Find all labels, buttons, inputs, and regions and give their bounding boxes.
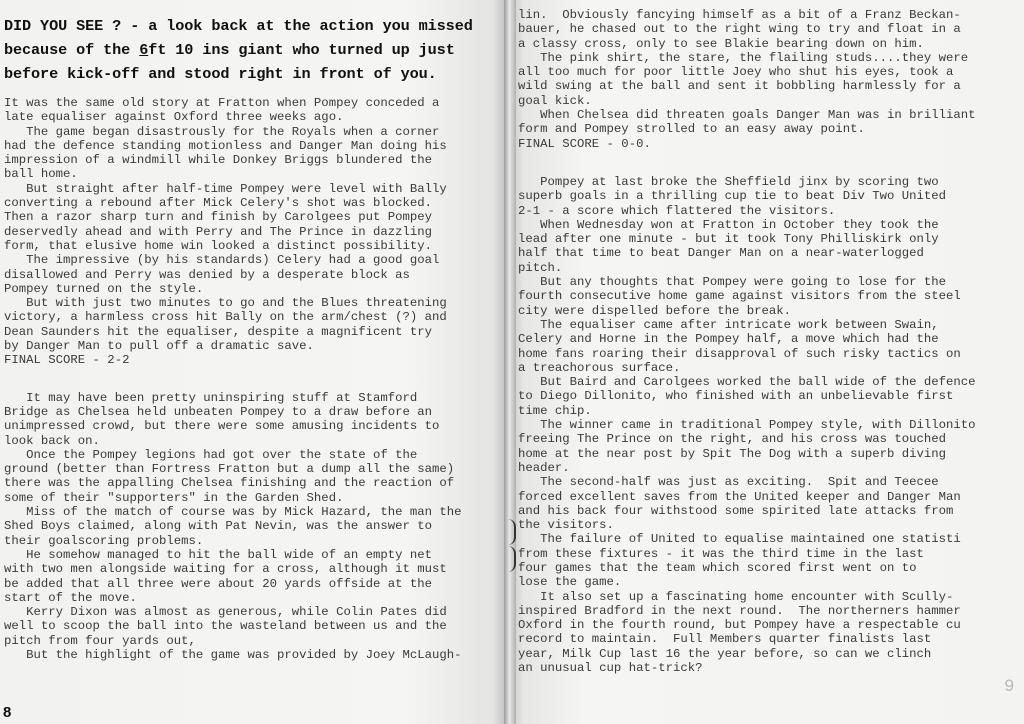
text-line: Oxford in the fourth round, but Pompey h…: [518, 618, 1024, 632]
text-line: their goalscoring problems.: [4, 534, 508, 548]
text-line: start of the move.: [4, 591, 508, 605]
headline-line: DID YOU SEE ? - a look back at the actio…: [4, 14, 508, 38]
text-line: and his back four withstood some spirite…: [518, 504, 1024, 518]
text-line: Miss of the match of course was by Mick …: [4, 505, 508, 519]
article-oxford: It was the same old story at Fratton whe…: [4, 96, 508, 368]
text-line: fourth consecutive home game against vis…: [518, 289, 1024, 303]
article-sheffield-united: Pompey at last broke the Sheffield jinx …: [518, 175, 1024, 675]
text-line: disallowed and Perry was denied by a des…: [4, 268, 508, 282]
left-page: DID YOU SEE ? - a look back at the actio…: [0, 0, 508, 724]
staple-icon: [508, 546, 516, 572]
text-line: Then a razor sharp turn and finish by Ca…: [4, 210, 508, 224]
text-line: the visitors.: [518, 518, 1024, 532]
text-line: pitch from four yards out,: [4, 634, 508, 648]
text-line: Celery and Horne in the Pompey half, a m…: [518, 332, 1024, 346]
text-line: bauer, he chased out to the right wing t…: [518, 22, 1024, 36]
text-line: unimpressed crowd, but there were some a…: [4, 419, 508, 433]
text-line: to Diego Dillonito, who finished with an…: [518, 389, 1024, 403]
text-line: victory, a harmless cross hit Bally on t…: [4, 310, 508, 324]
binding-spine: [504, 0, 516, 724]
text-line: But straight after half-time Pompey were…: [4, 182, 508, 196]
text-line: Bridge as Chelsea held unbeaten Pompey t…: [4, 405, 508, 419]
staple-icon: [508, 519, 516, 545]
text-line: four games that the team which scored fi…: [518, 561, 1024, 575]
text-line: header.: [518, 461, 1024, 475]
text-line: be added that all three were about 20 ya…: [4, 577, 508, 591]
text-line: ball home.: [4, 167, 508, 181]
text-line: inspired Bradford in the next round. The…: [518, 604, 1024, 618]
text-line: ground (better than Fortress Fratton but…: [4, 462, 508, 476]
text-line: look back on.: [4, 434, 508, 448]
text-line: lose the game.: [518, 575, 1024, 589]
text-line: Dean Saunders hit the equaliser, despite…: [4, 325, 508, 339]
text-line: Pompey turned on the style.: [4, 282, 508, 296]
text-line: lin. Obviously fancying himself as a bit…: [518, 8, 1024, 22]
article-chelsea-continued: lin. Obviously fancying himself as a bit…: [518, 8, 1024, 151]
text-line: FINAL SCORE - 2-2: [4, 353, 508, 367]
text-line: It also set up a fascinating home encoun…: [518, 590, 1024, 604]
text-line: half that time to beat Danger Man on a n…: [518, 246, 1024, 260]
text-line: with two men alongside waiting for a cro…: [4, 562, 508, 576]
headline-line: before kick-off and stood right in front…: [4, 62, 508, 86]
text-line: impression of a windmill while Donkey Br…: [4, 153, 508, 167]
text-line: all too much for poor little Joey who sh…: [518, 65, 1024, 79]
text-line: The failure of United to equalise mainta…: [518, 532, 1024, 546]
text-line: But Baird and Carolgees worked the ball …: [518, 375, 1024, 389]
text-line: a classy cross, only to see Blakie beari…: [518, 37, 1024, 51]
text-line: The second-half was just as exciting. Sp…: [518, 475, 1024, 489]
text-line: city were dispelled before the break.: [518, 304, 1024, 318]
text-line: had the defence standing motionless and …: [4, 139, 508, 153]
text-line: by Danger Man to pull off a dramatic sav…: [4, 339, 508, 353]
text-line: from these fixtures - it was the third t…: [518, 547, 1024, 561]
text-line: 2-1 - a score which flattered the visito…: [518, 204, 1024, 218]
text-line: form, that elusive home win looked a dis…: [4, 239, 508, 253]
text-line: But the highlight of the game was provid…: [4, 648, 508, 662]
text-line: pitch.: [518, 261, 1024, 275]
text-line: goal kick.: [518, 94, 1024, 108]
text-line: lead after one minute - but it took Tony…: [518, 232, 1024, 246]
text-line: form and Pompey strolled to an easy away…: [518, 122, 1024, 136]
text-line: When Wednesday won at Fratton in October…: [518, 218, 1024, 232]
text-line: The impressive (by his standards) Celery…: [4, 253, 508, 267]
text-line: home fans roaring their disapproval of s…: [518, 347, 1024, 361]
text-line: year, Milk Cup last 16 the year before, …: [518, 647, 1024, 661]
text-line: late equaliser against Oxford three week…: [4, 110, 508, 124]
text-line: freeing The Prince on the right, and his…: [518, 432, 1024, 446]
text-line: well to scoop the ball into the wastelan…: [4, 619, 508, 633]
text-line: When Chelsea did threaten goals Danger M…: [518, 108, 1024, 122]
headline: DID YOU SEE ? - a look back at the actio…: [4, 14, 508, 86]
text-line: It was the same old story at Fratton whe…: [4, 96, 508, 110]
text-line: superb goals in a thrilling cup tie to b…: [518, 189, 1024, 203]
text-line: deservedly ahead and with Perry and The …: [4, 225, 508, 239]
text-line: there was the appalling Chelsea finishin…: [4, 476, 508, 490]
text-line: The equaliser came after intricate work …: [518, 318, 1024, 332]
page-number-right: 9: [1005, 676, 1014, 696]
headline-line: because of the 6ft 10 ins giant who turn…: [4, 38, 508, 62]
text-line: an unusual cup hat-trick?: [518, 661, 1024, 675]
text-line: time chip.: [518, 404, 1024, 418]
text-line: The pink shirt, the stare, the flailing …: [518, 51, 1024, 65]
text-line: some of their "supporters" in the Garden…: [4, 491, 508, 505]
text-line: But with just two minutes to go and the …: [4, 296, 508, 310]
text-line: Once the Pompey legions had got over the…: [4, 448, 508, 462]
text-line: But any thoughts that Pompey were going …: [518, 275, 1024, 289]
text-line: FINAL SCORE - 0-0.: [518, 137, 1024, 151]
page-number-left: 8: [3, 704, 11, 721]
text-line: Pompey at last broke the Sheffield jinx …: [518, 175, 1024, 189]
text-line: record to maintain. Full Members quarter…: [518, 632, 1024, 646]
text-line: He somehow managed to hit the ball wide …: [4, 548, 508, 562]
text-line: The game began disastrously for the Roya…: [4, 125, 508, 139]
text-line: converting a rebound after Mick Celery's…: [4, 196, 508, 210]
text-line: It may have been pretty uninspiring stuf…: [4, 391, 508, 405]
text-line: The winner came in traditional Pompey st…: [518, 418, 1024, 432]
text-line: home at the near post by Spit The Dog wi…: [518, 447, 1024, 461]
magazine-spread: DID YOU SEE ? - a look back at the actio…: [0, 0, 1024, 724]
text-line: forced excellent saves from the United k…: [518, 490, 1024, 504]
text-line: wild swing at the ball and sent it bobbl…: [518, 79, 1024, 93]
text-line: a treachorous surface.: [518, 361, 1024, 375]
article-chelsea: It may have been pretty uninspiring stuf…: [4, 391, 508, 663]
text-line: Shed Boys claimed, along with Pat Nevin,…: [4, 519, 508, 533]
text-line: Kerry Dixon was almost as generous, whil…: [4, 605, 508, 619]
right-page: lin. Obviously fancying himself as a bit…: [508, 0, 1024, 724]
